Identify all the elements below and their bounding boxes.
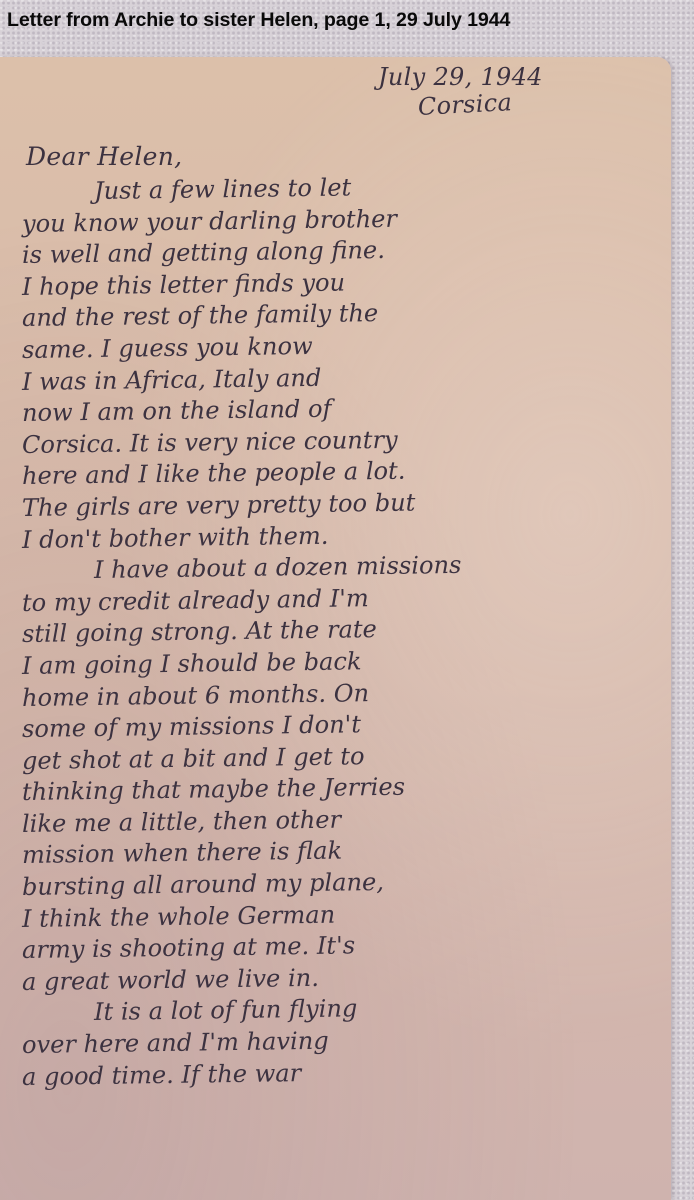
letter-body: Just a few lines to letyou know your dar… — [22, 177, 662, 1093]
image-caption: Letter from Archie to sister Helen, page… — [7, 2, 510, 38]
letter-heading: July 29, 1944 Corsica — [378, 62, 608, 122]
letter-salutation: Dear Helen, — [26, 140, 182, 174]
